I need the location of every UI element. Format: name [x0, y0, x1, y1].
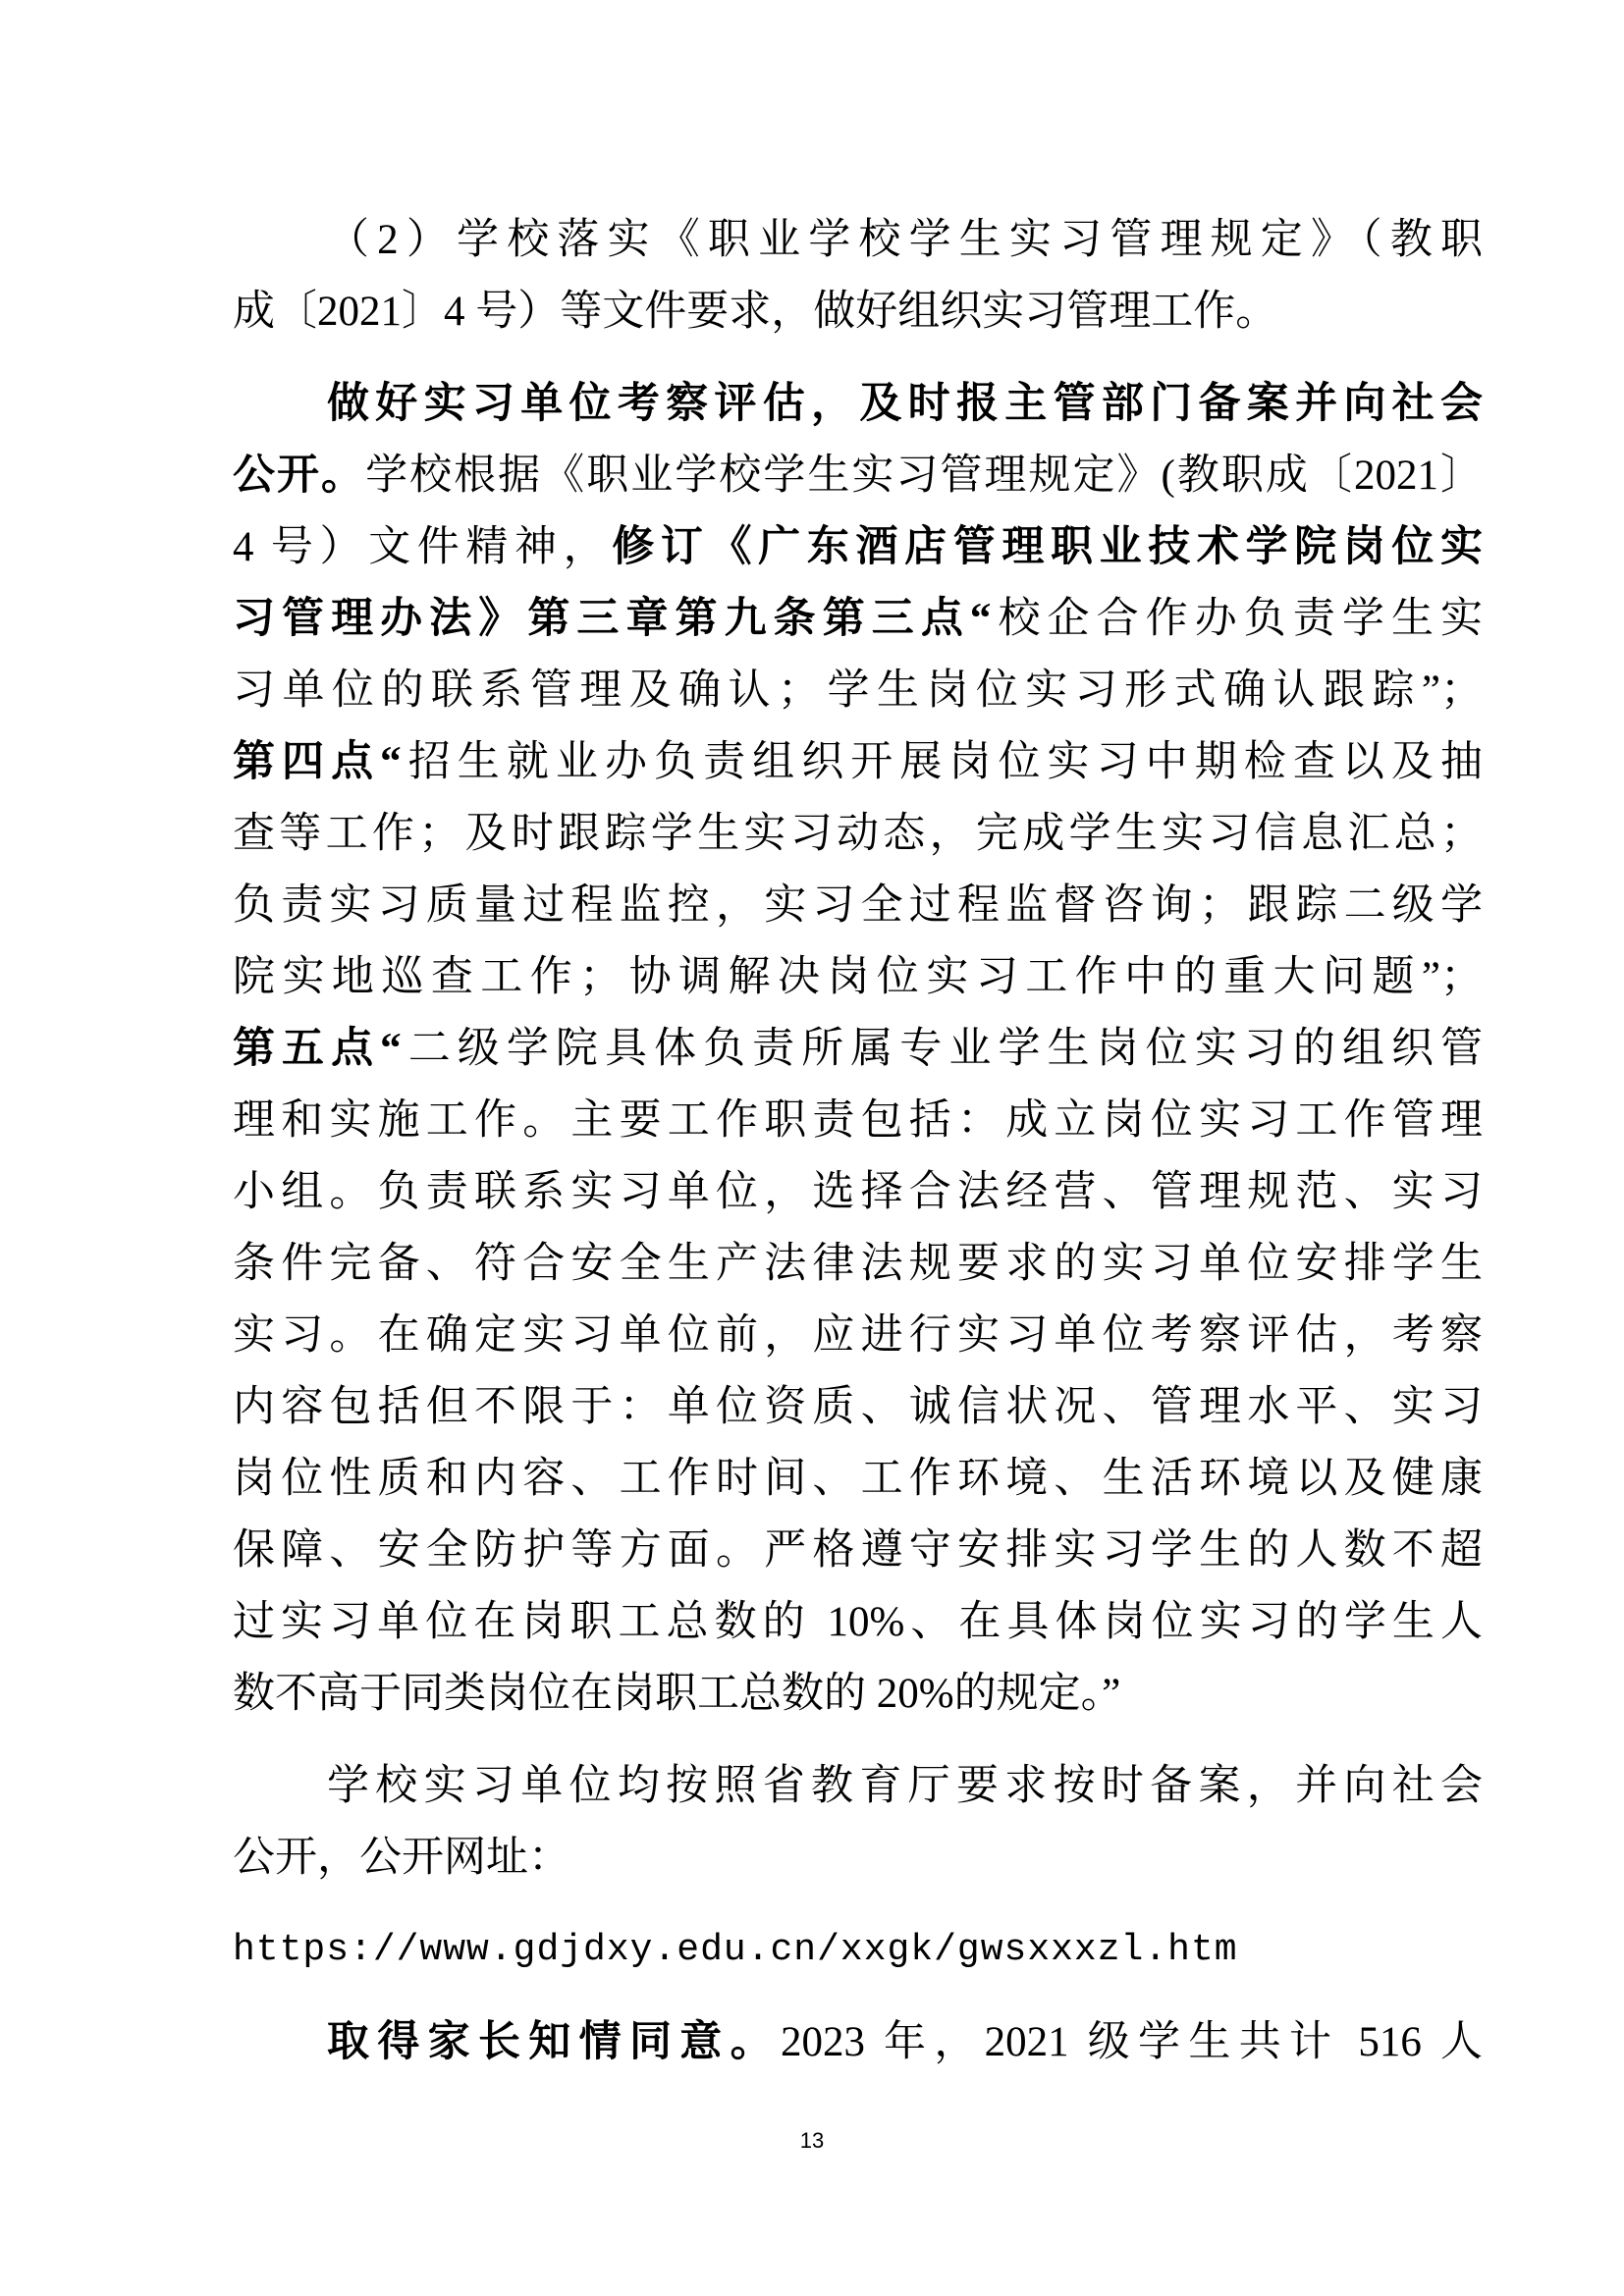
text-line: 过实习单位在岗职工总数的 10%、在具体岗位实习的学生人: [233, 1586, 1483, 1658]
text-line: 保障、安全防护等方面。严格遵守安排实习学生的人数不超: [233, 1515, 1483, 1586]
text-segment: （2）学校落实《职业学校学生实习管理规定》（教职: [327, 217, 1483, 263]
text-line: 第五点“二级学院具体负责所属专业学生岗位实习的组织管: [233, 1013, 1483, 1085]
text-line: 岗位性质和内容、工作时间、工作环境、生活环境以及健康: [233, 1443, 1483, 1515]
text-line: 习管理办法》第三章第九条第三点“校企合作办负责学生实: [233, 583, 1483, 655]
bold-text-segment: 第五点“: [233, 1026, 402, 1072]
paragraph: 做好实习单位考察评估，及时报主管部门备案并向社会公开。学校根据《职业学校学生实习…: [233, 368, 1483, 1730]
page-number: 13: [0, 2128, 1624, 2154]
text-line: 学校实习单位均按照省教育厅要求按时备案，并向社会: [233, 1750, 1483, 1822]
text-line: 4 号）文件精神，修订《广东酒店管理职业技术学院岗位实: [233, 511, 1483, 583]
text-line: 实习。在确定实习单位前，应进行实习单位考察评估，考察: [233, 1300, 1483, 1371]
text-segment: 内容包括但不限于：单位资质、诚信状况、管理水平、实习: [233, 1384, 1483, 1430]
paragraph: （2）学校落实《职业学校学生实习管理规定》（教职成〔2021〕4 号）等文件要求…: [233, 204, 1483, 347]
text-segment: 查等工作；及时跟踪学生实习动态，完成学生实习信息汇总；: [233, 811, 1483, 857]
url-line: https://www.gdjdxy.edu.cn/xxgk/gwsxxxzl.…: [233, 1914, 1483, 1986]
text-segment: 实习。在确定实习单位前，应进行实习单位考察评估，考察: [233, 1312, 1483, 1359]
document-body: （2）学校落实《职业学校学生实习管理规定》（教职成〔2021〕4 号）等文件要求…: [233, 204, 1483, 2078]
text-segment: 二级学院具体负责所属专业学生岗位实习的组织管: [402, 1026, 1483, 1072]
text-line: 数不高于同类岗位在岗职工总数的 20%的规定。”: [233, 1658, 1483, 1730]
text-line: 习单位的联系管理及确认；学生岗位实习形式确认跟踪”；: [233, 655, 1483, 726]
text-line: 公开。学校根据《职业学校学生实习管理规定》(教职成〔2021〕: [233, 440, 1483, 511]
text-segment: 条件完备、符合安全生产法律法规要求的实习单位安排学生: [233, 1241, 1483, 1287]
text-line: 做好实习单位考察评估，及时报主管部门备案并向社会: [233, 368, 1483, 440]
text-segment: 成〔2021〕4 号）等文件要求，做好组织实习管理工作。: [233, 289, 1277, 335]
text-line: 查等工作；及时跟踪学生实习动态，完成学生实习信息汇总；: [233, 798, 1483, 870]
text-line: 负责实习质量过程监控，实习全过程监督咨询；跟踪二级学: [233, 870, 1483, 941]
text-segment: 数不高于同类岗位在岗职工总数的 20%的规定。”: [233, 1671, 1120, 1717]
text-line: 公开，公开网址：: [233, 1822, 1483, 1894]
text-line: 成〔2021〕4 号）等文件要求，做好组织实习管理工作。: [233, 276, 1483, 347]
bold-text-segment: 第四点“: [233, 739, 402, 785]
bold-text-segment: 修订《广东酒店管理职业技术学院岗位实: [612, 524, 1483, 570]
text-segment: https://www.gdjdxy.edu.cn/xxgk/gwsxxxzl.…: [233, 1929, 1238, 1971]
text-segment: 小组。负责联系实习单位，选择合法经营、管理规范、实习: [233, 1169, 1483, 1215]
text-segment: 公开，公开网址：: [233, 1835, 570, 1881]
document-page: （2）学校落实《职业学校学生实习管理规定》（教职成〔2021〕4 号）等文件要求…: [0, 0, 1624, 2296]
text-line: 小组。负责联系实习单位，选择合法经营、管理规范、实习: [233, 1156, 1483, 1228]
text-line: 条件完备、符合安全生产法律法规要求的实习单位安排学生: [233, 1228, 1483, 1300]
text-segment: 岗位性质和内容、工作时间、工作环境、生活环境以及健康: [233, 1456, 1483, 1502]
text-segment: 2023 年，2021 级学生共计 516 人: [781, 2019, 1483, 2065]
text-line: 第四点“招生就业办负责组织开展岗位实习中期检查以及抽: [233, 726, 1483, 798]
text-line: 内容包括但不限于：单位资质、诚信状况、管理水平、实习: [233, 1371, 1483, 1443]
paragraph: https://www.gdjdxy.edu.cn/xxgk/gwsxxxzl.…: [233, 1914, 1483, 1986]
bold-text-segment: 习管理办法》第三章第九条第三点“: [233, 596, 991, 642]
text-segment: 理和实施工作。主要工作职责包括：成立岗位实习工作管理: [233, 1097, 1483, 1144]
text-line: （2）学校落实《职业学校学生实习管理规定》（教职: [233, 204, 1483, 276]
text-segment: 学校实习单位均按照省教育厅要求按时备案，并向社会: [327, 1763, 1483, 1809]
text-segment: 过实习单位在岗职工总数的 10%、在具体岗位实习的学生人: [233, 1599, 1483, 1645]
text-segment: 院实地巡查工作；协调解决岗位实习工作中的重大问题”；: [233, 954, 1483, 1000]
bold-text-segment: 公开。: [233, 453, 365, 499]
text-segment: 保障、安全防护等方面。严格遵守安排实习学生的人数不超: [233, 1527, 1483, 1574]
bold-text-segment: 做好实习单位考察评估，及时报主管部门备案并向社会: [327, 381, 1483, 427]
bold-text-segment: 取得家长知情同意。: [327, 2019, 781, 2065]
text-segment: 习单位的联系管理及确认；学生岗位实习形式确认跟踪”；: [233, 667, 1483, 714]
paragraph: 取得家长知情同意。2023 年，2021 级学生共计 516 人: [233, 2006, 1483, 2078]
text-segment: 招生就业办负责组织开展岗位实习中期检查以及抽: [402, 739, 1483, 785]
text-line: 取得家长知情同意。2023 年，2021 级学生共计 516 人: [233, 2006, 1483, 2078]
text-line: 理和实施工作。主要工作职责包括：成立岗位实习工作管理: [233, 1085, 1483, 1156]
paragraph: 学校实习单位均按照省教育厅要求按时备案，并向社会公开，公开网址：: [233, 1750, 1483, 1894]
text-segment: 4 号）文件精神，: [233, 524, 612, 570]
text-segment: 负责实习质量过程监控，实习全过程监督咨询；跟踪二级学: [233, 882, 1483, 929]
text-segment: 学校根据《职业学校学生实习管理规定》(教职成〔2021〕: [365, 453, 1483, 499]
text-line: 院实地巡查工作；协调解决岗位实习工作中的重大问题”；: [233, 941, 1483, 1013]
text-segment: 校企合作办负责学生实: [991, 596, 1483, 642]
